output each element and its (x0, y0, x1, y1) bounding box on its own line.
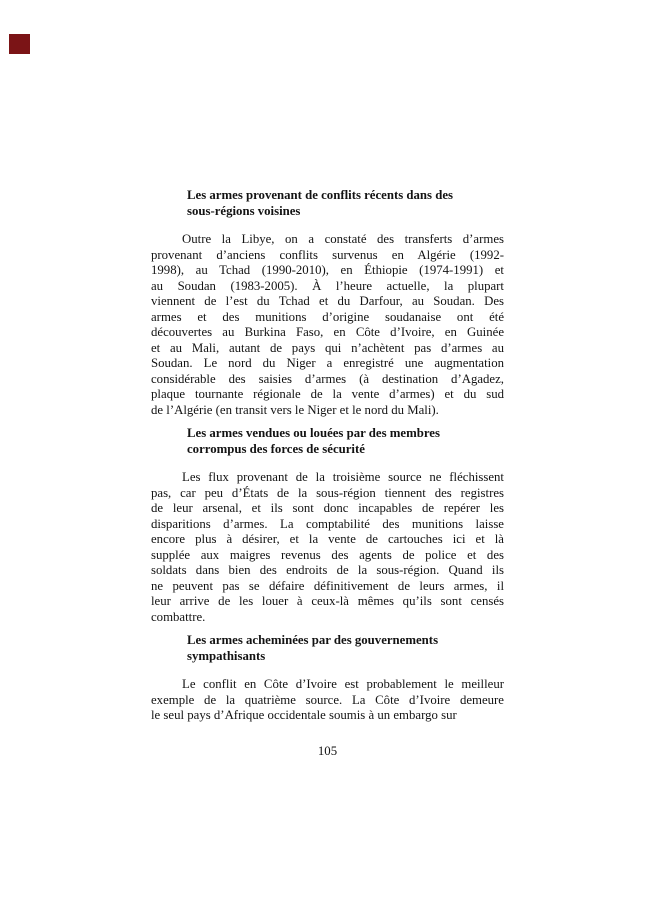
page-number: 105 (151, 744, 504, 760)
section-heading: Les armes provenant de conflits récents … (187, 188, 504, 219)
section: Les armes acheminées par des gouvernemen… (151, 633, 504, 724)
red-click-marker (9, 34, 30, 54)
body-line: encore plus à désirer, et la vente de ca… (151, 532, 504, 548)
heading-line: Les armes acheminées par des gouvernemen… (187, 633, 504, 649)
body-line: combattre. (151, 610, 504, 626)
body-line: ne peuvent pas se défaire définitivement… (151, 579, 504, 595)
body-line: 1998), au Tchad (1990-2010), en Éthiopie… (151, 263, 504, 279)
section-heading: Les armes acheminées par des gouvernemen… (187, 633, 504, 664)
paragraph: Outre la Libye, on a constaté des transf… (151, 232, 504, 418)
section: Les armes vendues ou louées par des memb… (151, 426, 504, 625)
heading-line: Les armes provenant de conflits récents … (187, 188, 504, 204)
section-heading: Les armes vendues ou louées par des memb… (187, 426, 504, 457)
body-line: exemple de la quatrième source. La Côte … (151, 693, 504, 709)
paragraph: Le conflit en Côte d’Ivoire est probable… (151, 677, 504, 724)
body-line: disparitions d’armes. La comptabilité de… (151, 517, 504, 533)
body-line: de l’Algérie (en transit vers le Niger e… (151, 403, 504, 419)
body-line: au Soudan (1983-2005). À l’heure actuell… (151, 279, 504, 295)
body-line: Soudan. Le nord du Niger a enregistré un… (151, 356, 504, 372)
body-line: provenant d’anciens conflits survenus en… (151, 248, 504, 264)
section: Les armes provenant de conflits récents … (151, 188, 504, 418)
sections-host: Les armes provenant de conflits récents … (151, 188, 504, 724)
body-line: pas, car peu d’États de la sous-région t… (151, 486, 504, 502)
body-line: Les flux provenant de la troisième sourc… (151, 470, 504, 486)
body-line: supplée aux maigres revenus des agents d… (151, 548, 504, 564)
body-line: leur arrive de les louer à ceux-là mêmes… (151, 594, 504, 610)
body-line: Le conflit en Côte d’Ivoire est probable… (151, 677, 504, 693)
body-line: de leur arsenal, et ils sont donc incapa… (151, 501, 504, 517)
heading-line: corrompus des forces de sécurité (187, 442, 504, 458)
paragraph: Les flux provenant de la troisième sourc… (151, 470, 504, 625)
body-line: Outre la Libye, on a constaté des transf… (151, 232, 504, 248)
body-line: viennent de l’est du Tchad et du Darfour… (151, 294, 504, 310)
body-line: soldats dans bien des endroits de la sou… (151, 563, 504, 579)
body-line: considérable des saisies d’armes (à dest… (151, 372, 504, 388)
heading-line: sous-régions voisines (187, 204, 504, 220)
body-line: découvertes au Burkina Faso, en Côte d’I… (151, 325, 504, 341)
heading-line: Les armes vendues ou louées par des memb… (187, 426, 504, 442)
body-line: plaque tournante régionale de la vente d… (151, 387, 504, 403)
body-line: et au Mali, autant de pays qui n’achèten… (151, 341, 504, 357)
body-line: armes et des munitions d’origine soudana… (151, 310, 504, 326)
text-column: Les armes provenant de conflits récents … (151, 188, 504, 759)
heading-line: sympathisants (187, 649, 504, 665)
body-line: le seul pays d’Afrique occidentale soumi… (151, 708, 504, 724)
